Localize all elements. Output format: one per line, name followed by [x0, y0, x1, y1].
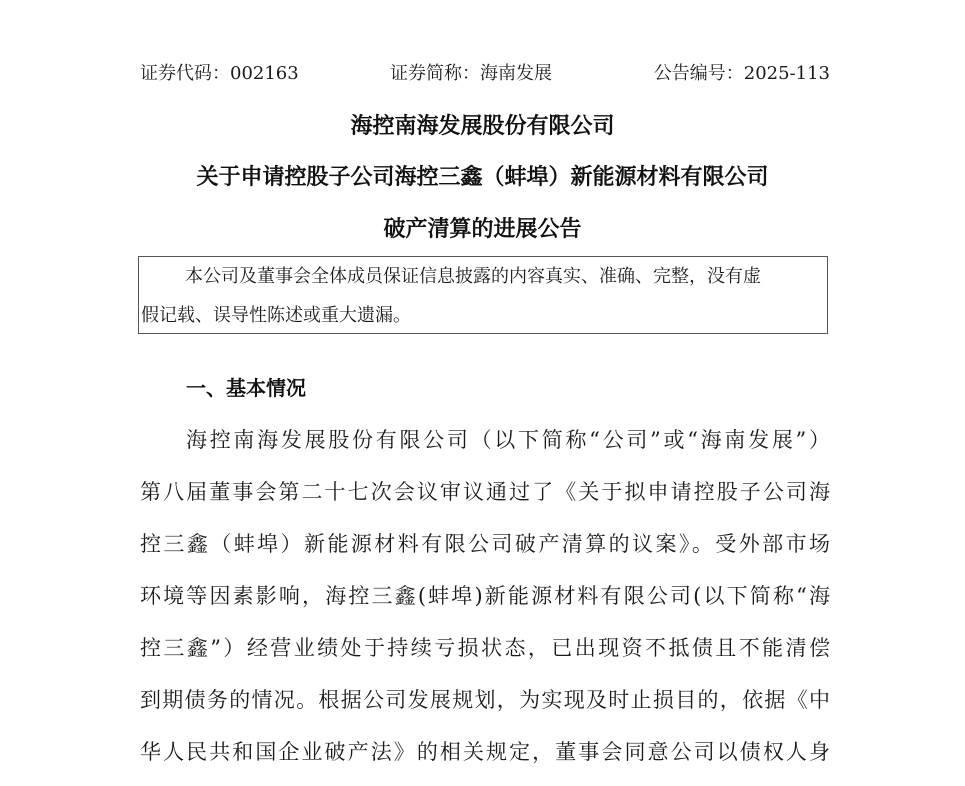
paragraph-line: 到期债务的情况。根据公司发展规划，为实现及时止损目的，依据《中: [140, 685, 830, 715]
document-page: 证券代码：002163 证券简称：海南发展 公告编号：2025-113 海控南海…: [0, 0, 965, 786]
stock-code: 证券代码：002163: [140, 61, 299, 87]
section-heading-basic-info: 一、基本情况: [186, 373, 306, 403]
paragraph-line: 海控南海发展股份有限公司（以下简称“公司”或“海南发展”）: [186, 425, 830, 455]
paragraph-line: 华人民共和国企业破产法》的相关规定，董事会同意公司以债权人身: [140, 737, 830, 767]
paragraph-line: 第八届董事会第二十七次会议审议通过了《关于拟申请控股子公司海: [140, 477, 830, 507]
paragraph-line: 控三鑫”）经营业绩处于持续亏损状态，已出现资不抵债且不能清偿: [140, 633, 830, 663]
disclosure-statement-line-2: 假记载、误导性陈述或重大遗漏。: [141, 303, 411, 329]
announcement-meta-row: 证券代码：002163 证券简称：海南发展 公告编号：2025-113: [140, 61, 830, 87]
disclosure-statement-box: 本公司及董事会全体成员保证信息披露的内容真实、准确、完整，没有虚 假记载、误导性…: [138, 256, 828, 334]
company-name-title: 海控南海发展股份有限公司: [0, 112, 965, 142]
announcement-title-line-2: 关于申请控股子公司海控三鑫（蚌埠）新能源材料有限公司: [0, 163, 965, 193]
stock-short-name: 证券简称：海南发展: [390, 61, 552, 87]
announcement-title-line-3: 破产清算的进展公告: [0, 215, 965, 245]
disclosure-statement-line-1: 本公司及董事会全体成员保证信息披露的内容真实、准确、完整，没有虚: [185, 264, 761, 290]
paragraph-line: 环境等因素影响，海控三鑫(蚌埠)新能源材料有限公司(以下简称“海: [140, 581, 830, 611]
paragraph-line: 控三鑫（蚌埠）新能源材料有限公司破产清算的议案》。受外部市场: [140, 529, 830, 559]
announcement-number: 公告编号：2025-113: [654, 61, 830, 87]
